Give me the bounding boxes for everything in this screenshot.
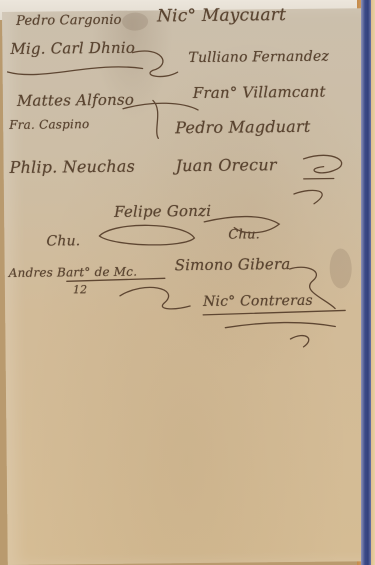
signature-mig-carl: Mig. Carl Dhnio [10,39,135,58]
blue-binding-edge [361,0,371,565]
signature-pedro-cargonio: Pedro Cargonio [16,13,122,29]
signature-andres-bart: Andres Bart° de Mc. [9,265,138,280]
signature-mattes-alfonso: Mattes Alfonso [17,91,134,110]
signature-fra-caspino: Fra. Caspino [9,117,89,132]
signature-chu-right: Chu. [228,227,260,242]
ink-stain [329,248,351,288]
ink-stain [122,12,148,30]
signature-nico-maycuart: Nic° Maycuart [157,5,286,26]
signature-chu-left: Chu. [46,233,80,249]
signature-tulliano-fernandez: Tulliano Fernandez [188,49,329,66]
signature-nico-contreras: Nic° Contreras [203,293,313,310]
signature-fran-villamcant: Fran° Villamcant [193,83,326,102]
document-sheet: Pedro Cargonio Nic° Maycuart Mig. Carl D… [2,8,368,565]
page-number-annotation: 12 [73,283,88,296]
signature-juan-orecur: Juan Orecur [176,155,277,175]
signature-pedro-magduart: Pedro Magduart [175,117,310,137]
signature-phlip-neuchas: Phlip. Neuchas [10,157,136,177]
signature-felipe-gonzi: Felipe Gonzi [114,202,211,221]
signature-simono-gibera: Simono Gibera [175,255,291,274]
